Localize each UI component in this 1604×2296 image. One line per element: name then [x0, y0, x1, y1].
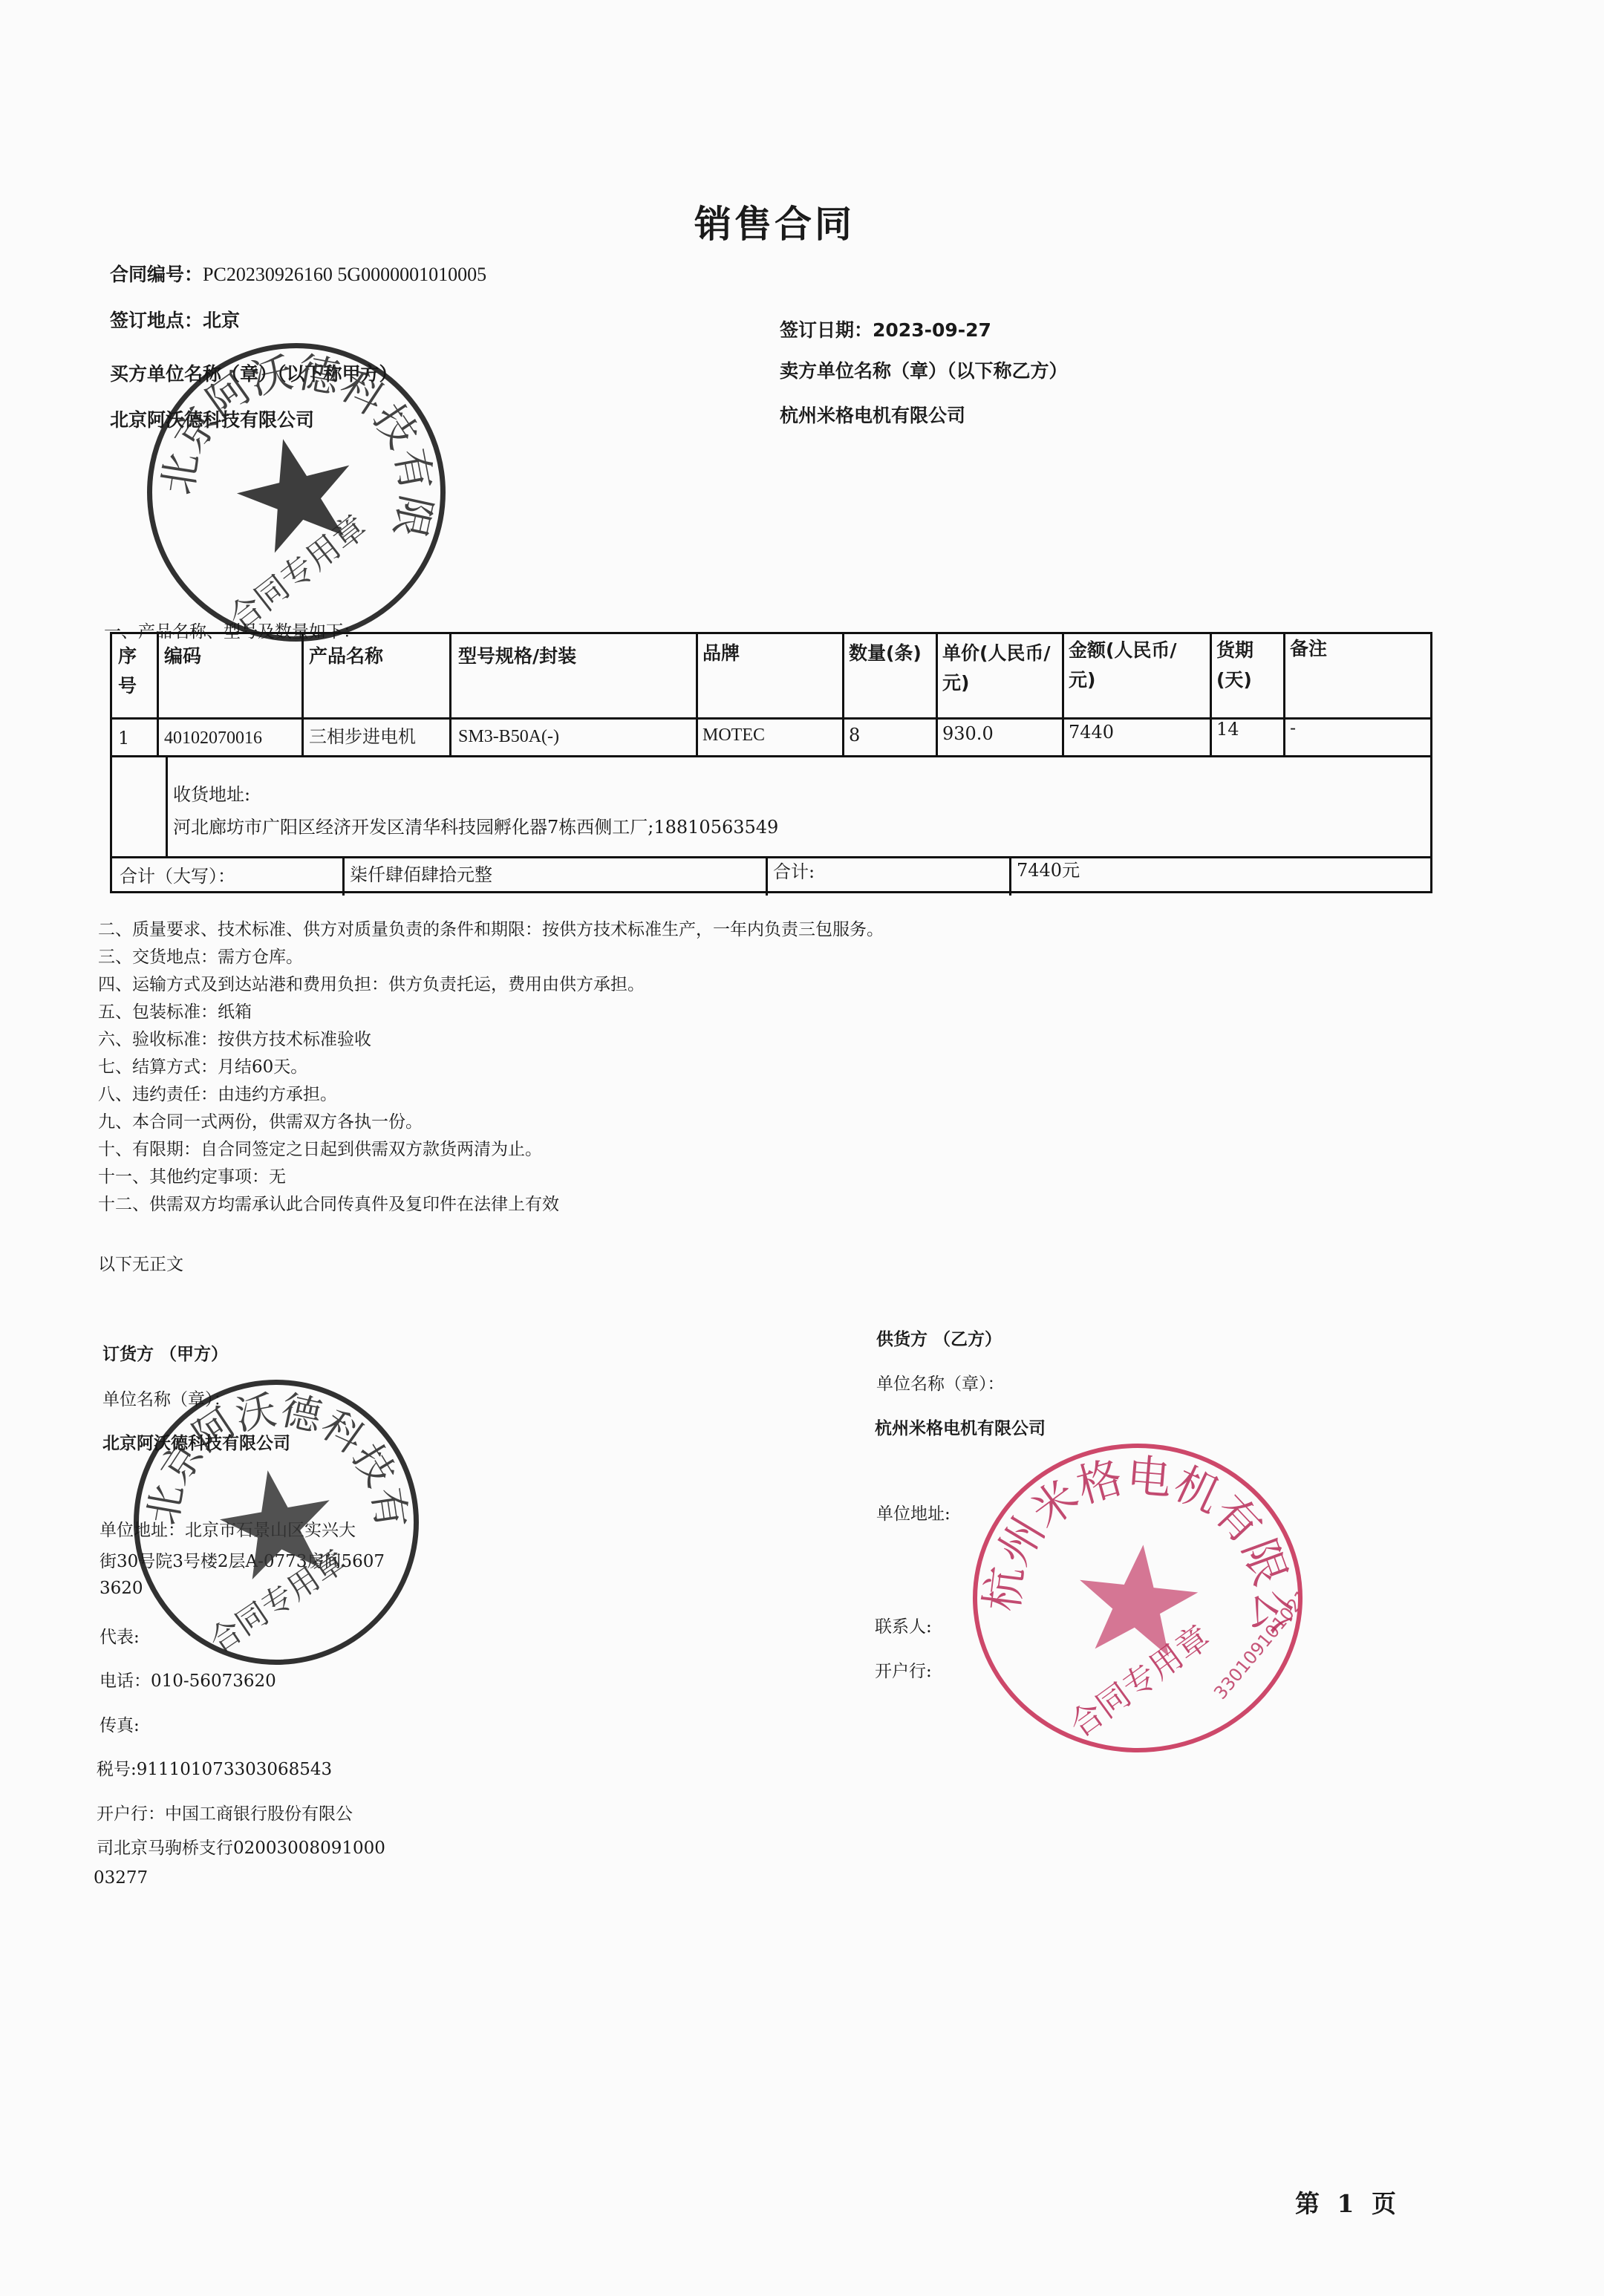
table-divider [342, 856, 345, 896]
buyer-label: 买方单位名称（章）（以下称甲方） [110, 359, 398, 386]
star-icon: 北京阿沃德科技有限公司 合同专用章 [152, 348, 440, 636]
end-note: 以下无正文 [98, 1250, 183, 1275]
col-header-remarks: 备注 [1290, 634, 1327, 664]
row-1-code: 40102070016 [164, 723, 262, 753]
row-1-model: SM3-B50A(-) [458, 722, 559, 751]
table-divider [449, 634, 451, 755]
buyer-block-heading: 订货方 （甲方） [102, 1340, 228, 1365]
col-header-brand: 品牌 [702, 639, 740, 668]
buyer-bank-line-2: 司北京马驹桥支行02003008091000 [97, 1834, 385, 1859]
col-header-unit-price: 单价(人民币/元) [942, 639, 1054, 698]
row-1-amount: 7440 [1069, 717, 1114, 747]
clause-7: 七、结算方式：月结60天。 [98, 1053, 307, 1077]
table-divider [1283, 634, 1285, 755]
total-upper-value: 柒仟肆佰肆拾元整 [350, 860, 492, 890]
table-divider [157, 634, 159, 755]
col-header-quantity: 数量(条) [849, 639, 934, 668]
contract-number-label: 合同编号： [110, 264, 203, 285]
delivery-address: 河北廊坊市广阳区经济开发区清华科技园孵化器7栋西侧工厂;18810563549 [173, 812, 778, 842]
table-divider [842, 634, 844, 755]
seller-block-heading: 供货方 （乙方） [876, 1325, 1002, 1350]
buyer-address-line-2: 街30号院3号楼2层A-0773房间5607 [100, 1547, 385, 1572]
row-1-brand: MOTEC [702, 720, 765, 750]
seller-seal: 杭州米格电机有限公司 合同专用章 3301091010218 [973, 1444, 1303, 1752]
table-divider [166, 755, 168, 856]
clause-8: 八、违约责任：由违约方承担。 [98, 1080, 337, 1105]
table-divider [1009, 856, 1011, 896]
clause-11: 十一、其他约定事项：无 [98, 1163, 286, 1187]
contract-number-value: PC20230926160 5G0000001010005 [203, 264, 486, 285]
table-divider [1210, 634, 1212, 755]
buyer-seal-top: 北京阿沃德科技有限公司 合同专用章 [147, 343, 446, 642]
sign-place: 签订地点：北京 [110, 306, 240, 333]
row-1-unit-price: 930.0 [942, 719, 994, 749]
seller-contact-label: 联系人: [875, 1613, 932, 1637]
clause-5: 五、包装标准：纸箱 [98, 998, 252, 1023]
clause-12: 十二、供需双方均需承认此合同传真件及复印件在法律上有效 [98, 1190, 559, 1215]
table-divider [696, 634, 698, 755]
clause-4: 四、运输方式及到达站港和费用负担：供方负责托运，费用由供方承担。 [98, 971, 645, 995]
col-header-model: 型号规格/封装 [458, 642, 576, 671]
col-header-amount: 金额(人民币/元) [1069, 636, 1199, 695]
table-divider [766, 856, 768, 896]
table-divider [936, 634, 938, 755]
clause-2: 二、质量要求、技术标准、供方对质量负责的条件和期限：按供方技术标准生产，一年内负… [98, 916, 884, 940]
sign-place-label: 签订地点： [110, 310, 203, 331]
total-upper-label: 合计（大写）： [120, 861, 235, 891]
buyer-address-line-1: 单位地址：北京市石景山区实兴大 [100, 1516, 356, 1541]
seller-bank-label: 开户行: [875, 1657, 932, 1682]
row-1-index: 1 [118, 723, 129, 753]
buyer-phone: 电话：010-56073620 [100, 1667, 276, 1692]
page-number: 第 1 页 [1295, 2185, 1401, 2220]
svg-text:3301091010218: 3301091010218 [1210, 1577, 1298, 1703]
table-divider [112, 856, 1430, 858]
svg-text:杭州米格电机有限公司: 杭州米格电机有限公司 [977, 1448, 1298, 1637]
sign-date-label: 签订日期： [780, 319, 873, 341]
clause-9: 九、本合同一式两份，供需双方各执一份。 [98, 1108, 423, 1132]
table-divider [301, 634, 304, 755]
buyer-block-name: 北京阿沃德科技有限公司 [102, 1429, 290, 1454]
sign-date-value: 2023-09-27 [873, 319, 991, 341]
col-header-lead-time: 货期(天) [1216, 636, 1268, 695]
contract-number: 合同编号：PC20230926160 5G0000001010005 [110, 260, 486, 287]
buyer-name: 北京阿沃德科技有限公司 [110, 405, 314, 432]
delivery-address-label: 收货地址: [173, 780, 250, 809]
row-1-lead-time: 14 [1216, 714, 1239, 744]
contract-page: 销售合同 合同编号：PC20230926160 5G0000001010005 … [0, 0, 1604, 2296]
buyer-bank-line-1: 开户行：中国工商银行股份有限公 [97, 1800, 353, 1824]
col-header-index: 序号 [118, 642, 148, 701]
col-header-product-name: 产品名称 [309, 642, 383, 671]
seller-block-name: 杭州米格电机有限公司 [875, 1415, 1046, 1439]
sign-place-value: 北京 [203, 310, 240, 331]
total-label: 合计: [773, 857, 815, 887]
buyer-representative: 代表: [100, 1623, 140, 1648]
clause-10: 十、有限期：自合同签定之日起到供需双方款货两清为止。 [98, 1135, 542, 1160]
clause-6: 六、验收标准：按供方技术标准验收 [98, 1025, 371, 1050]
buyer-tax-number: 税号:911101073303068543 [97, 1755, 332, 1780]
svg-text:合同专用章: 合同专用章 [1063, 1618, 1217, 1745]
table-divider [112, 755, 1430, 757]
product-table: 序号 编码 产品名称 型号规格/封装 品牌 数量(条) 单价(人民币/元) 金额… [110, 632, 1432, 893]
buyer-address-line-3: 3620 [100, 1579, 143, 1598]
clause-3: 三、交货地点：需方仓库。 [98, 943, 303, 968]
star-icon: 杭州米格电机有限公司 合同专用章 3301091010218 [977, 1448, 1298, 1748]
document-title: 销售合同 [694, 195, 855, 248]
buyer-block-name-label: 单位名称（章）： [102, 1386, 231, 1410]
sign-date: 签订日期：2023-09-27 [780, 316, 991, 342]
row-1-remarks: - [1290, 713, 1296, 743]
row-1-quantity: 8 [849, 720, 860, 750]
buyer-bank-line-3: 03277 [94, 1868, 148, 1888]
col-header-code: 编码 [164, 642, 201, 671]
row-1-product-name: 三相步进电机 [309, 722, 416, 751]
total-value: 7440元 [1017, 855, 1080, 885]
seller-block-name-label: 单位名称（章）： [876, 1370, 1005, 1395]
seller-name: 杭州米格电机有限公司 [780, 401, 965, 428]
seller-label: 卖方单位名称（章）（以下称乙方） [780, 356, 1068, 383]
seller-address-label: 单位地址: [876, 1500, 951, 1524]
table-divider [1062, 634, 1064, 755]
buyer-fax: 传真: [100, 1712, 140, 1736]
